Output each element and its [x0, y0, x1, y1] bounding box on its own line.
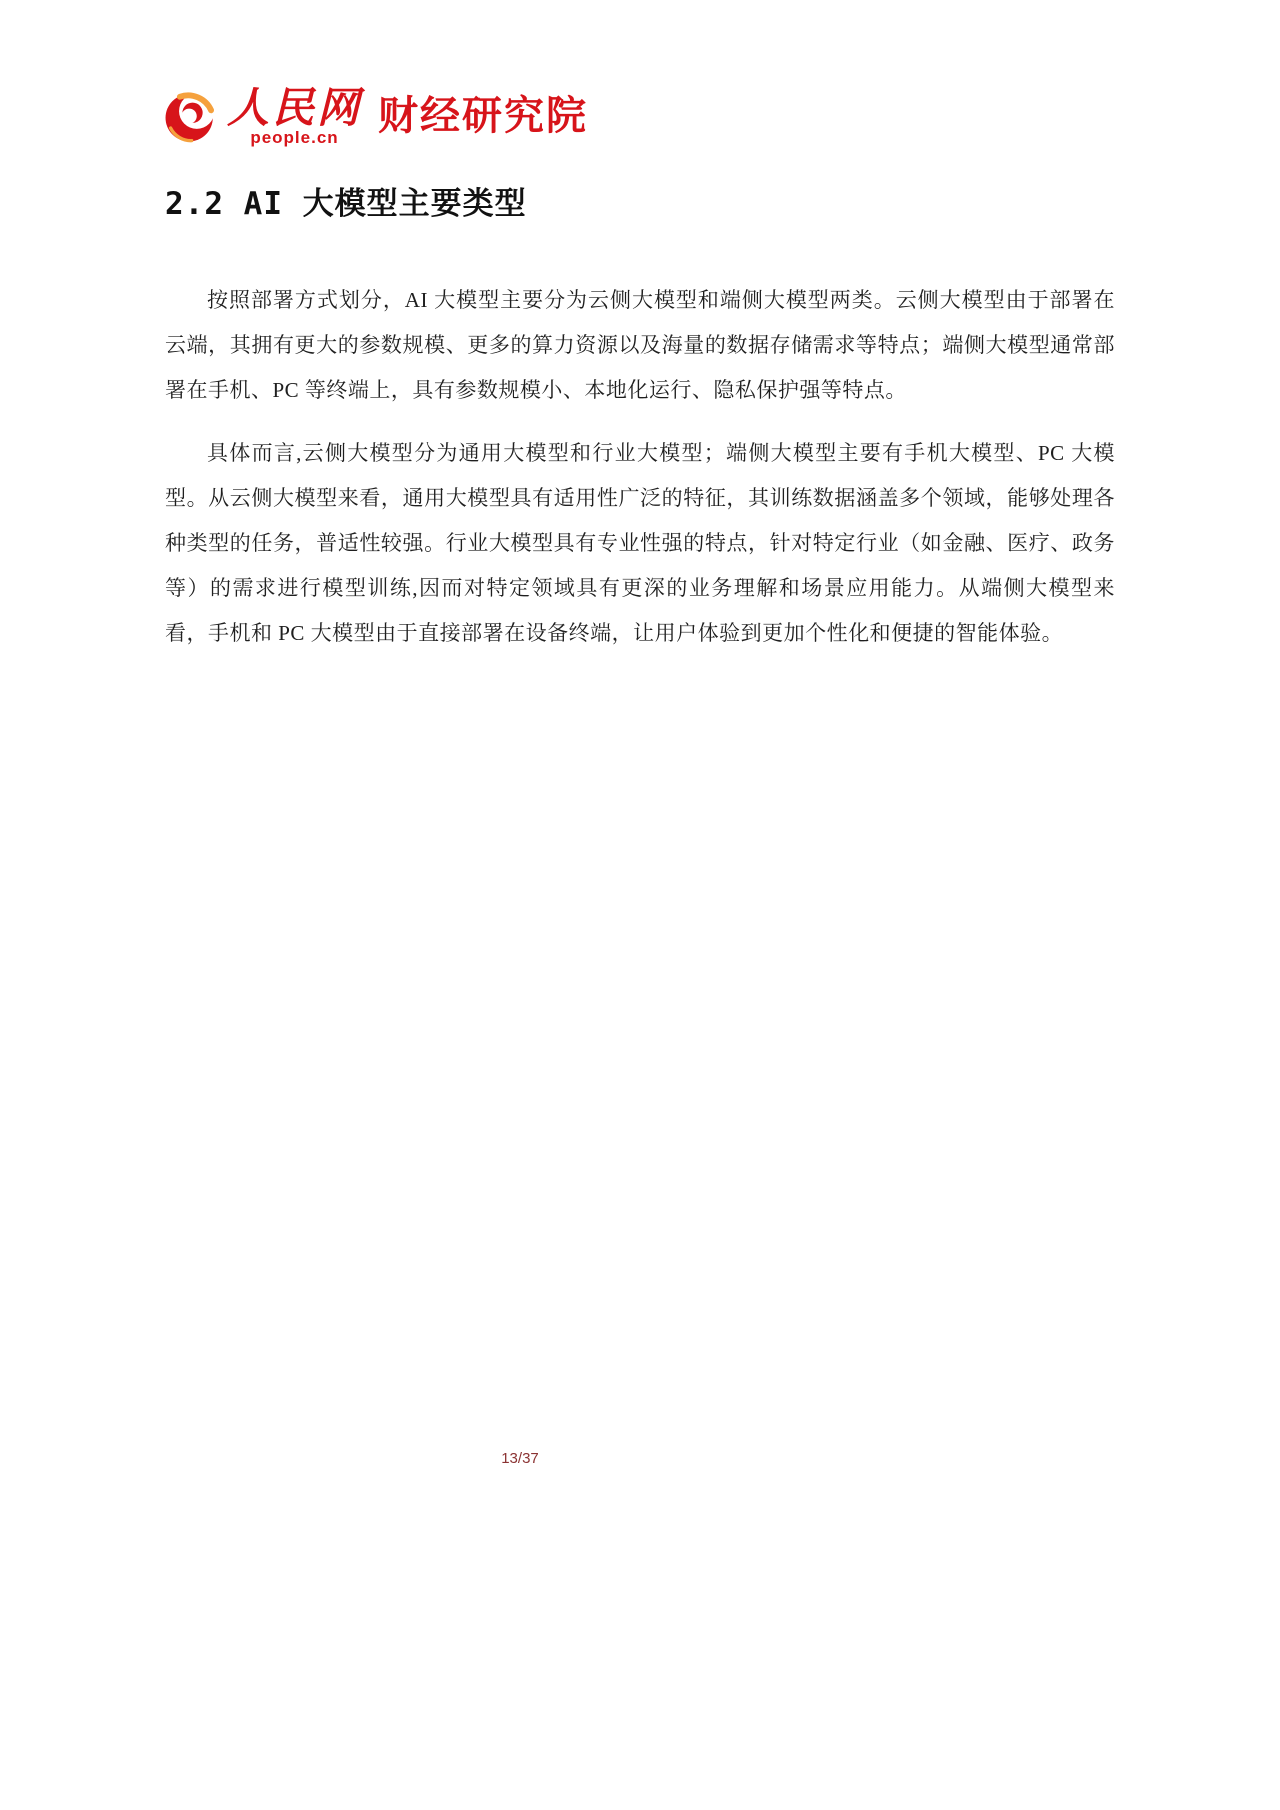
paragraph-deployment-types: 按照部署方式划分，AI 大模型主要分为云侧大模型和端侧大模型两类。云侧大模型由于…	[165, 278, 1115, 413]
brand-text-block: 人民网 people.cn	[227, 88, 362, 147]
logo: 人民网 people.cn 财经研究院	[163, 88, 588, 147]
section-heading: 2.2 AI 大模型主要类型	[165, 184, 527, 224]
brand-domain: people.cn	[250, 129, 338, 147]
people-cn-ball-icon	[163, 90, 217, 144]
body-content: 按照部署方式划分，AI 大模型主要分为云侧大模型和端侧大模型两类。云侧大模型由于…	[165, 278, 1115, 674]
page-number: 13/37	[420, 1450, 620, 1468]
document-page: 人民网 people.cn 财经研究院 2.2 AI 大模型主要类型 按照部署方…	[0, 0, 1280, 1810]
division-title: 财经研究院	[378, 94, 588, 138]
brand-name: 人民网	[227, 88, 362, 128]
paragraph-model-details: 具体而言,云侧大模型分为通用大模型和行业大模型；端侧大模型主要有手机大模型、PC…	[165, 431, 1115, 656]
